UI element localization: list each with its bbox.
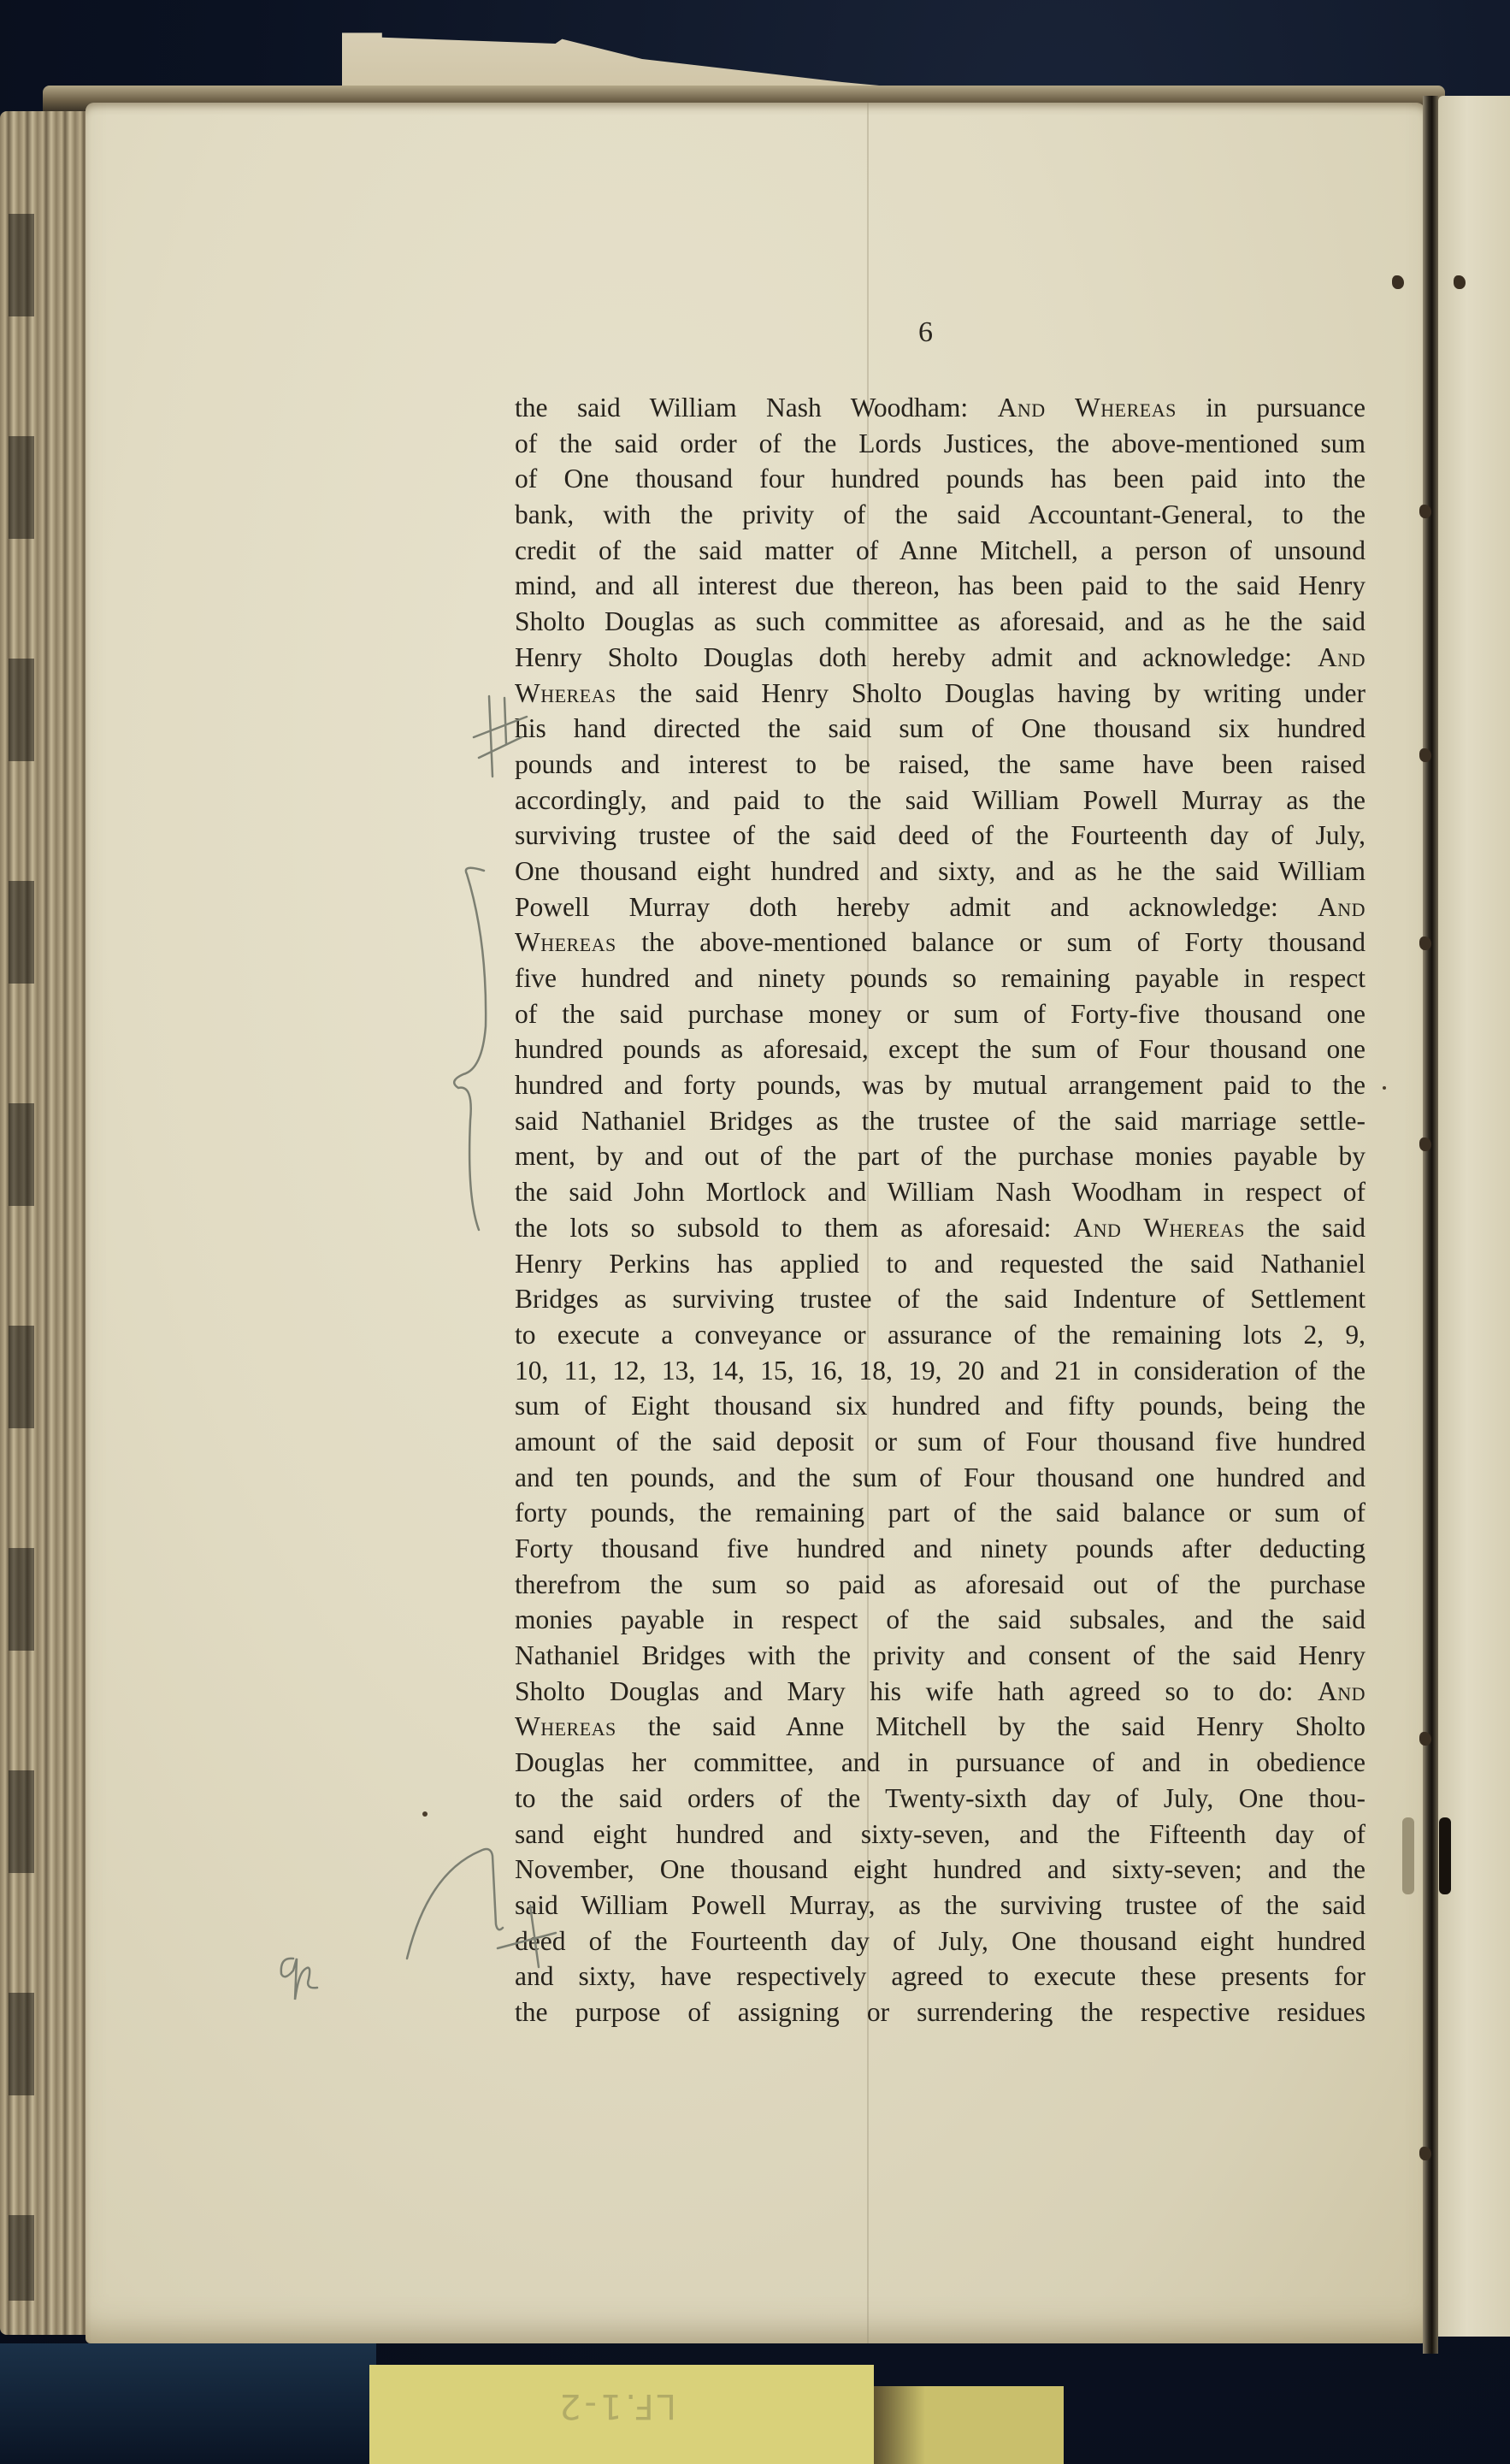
label-shadow bbox=[874, 2386, 925, 2464]
stitch-hole bbox=[1419, 2147, 1431, 2160]
text-line: said William Powell Murray, as the survi… bbox=[515, 1888, 1365, 1923]
text-line: his hand directed the said sum of One th… bbox=[515, 711, 1365, 747]
text-line: the lots so subsold to them as aforesaid… bbox=[515, 1210, 1365, 1246]
text-line: Sholto Douglas as such committee as afor… bbox=[515, 604, 1365, 640]
text-line: forty pounds, the remaining part of the … bbox=[515, 1495, 1365, 1531]
text-line: the said William Nash Woodham: And Where… bbox=[515, 390, 1365, 426]
text-line: credit of the said matter of Anne Mitche… bbox=[515, 533, 1365, 569]
text-line: to execute a conveyance or assurance of … bbox=[515, 1317, 1365, 1353]
text-line: deed of the Fourteenth day of July, One … bbox=[515, 1923, 1365, 1959]
text-line: of One thousand four hundred pounds has … bbox=[515, 461, 1365, 497]
text-line: ment, by and out of the part of the purc… bbox=[515, 1138, 1365, 1174]
text-line: and sixty, have respectively agreed to e… bbox=[515, 1959, 1365, 1994]
text-line: Whereas the said Anne Mitchell by the sa… bbox=[515, 1709, 1365, 1745]
text-line: Whereas the above-mentioned balance or s… bbox=[515, 925, 1365, 960]
text-line: sum of Eight thousand six hundred and fi… bbox=[515, 1388, 1365, 1424]
facing-page-edge bbox=[1438, 96, 1510, 2337]
ink-speck bbox=[1383, 1086, 1386, 1090]
text-line: 10, 11, 12, 13, 14, 15, 16, 18, 19, 20 a… bbox=[515, 1353, 1365, 1389]
text-line: and ten pounds, and the sum of Four thou… bbox=[515, 1460, 1365, 1496]
deed-text-block: the said William Nash Woodham: And Where… bbox=[515, 390, 1365, 2030]
text-line: the said John Mortlock and William Nash … bbox=[515, 1174, 1365, 1210]
text-line: said Nathaniel Bridges as the trustee of… bbox=[515, 1103, 1365, 1139]
stitch-hole bbox=[1419, 937, 1431, 950]
text-line: of the said purchase money or sum of For… bbox=[515, 996, 1365, 1032]
text-line: monies payable in respect of the said su… bbox=[515, 1602, 1365, 1638]
text-line: One thousand eight hundred and sixty, an… bbox=[515, 854, 1365, 889]
stitch-hole bbox=[1419, 505, 1431, 518]
stitch-hole bbox=[1454, 275, 1466, 289]
text-line: the purpose of assigning or surrendering… bbox=[515, 1994, 1365, 2030]
stitch-hole bbox=[1419, 748, 1431, 762]
text-line: hundred pounds as aforesaid, except the … bbox=[515, 1031, 1365, 1067]
label-pencil-text: LF.1-2 bbox=[556, 2386, 676, 2426]
text-line: Forty thousand five hundred and ninety p… bbox=[515, 1531, 1365, 1567]
text-line: therefrom the sum so paid as aforesaid o… bbox=[515, 1567, 1365, 1603]
text-line: mind, and all interest due thereon, has … bbox=[515, 568, 1365, 604]
page-stack-edge bbox=[0, 111, 98, 2335]
stitch-hole bbox=[1419, 1732, 1431, 1746]
text-line: accordingly, and paid to the said Willia… bbox=[515, 783, 1365, 818]
text-line: sand eight hundred and sixty-seven, and … bbox=[515, 1817, 1365, 1852]
stitch-hole bbox=[1392, 275, 1404, 289]
binding-tear bbox=[1402, 1817, 1414, 1894]
text-line: Sholto Douglas and Mary his wife hath ag… bbox=[515, 1674, 1365, 1710]
page-number: 6 bbox=[918, 316, 933, 349]
background-cloth-blue bbox=[0, 2343, 376, 2464]
text-line: Bridges as surviving trustee of the said… bbox=[515, 1281, 1365, 1317]
text-line: amount of the said deposit or sum of Fou… bbox=[515, 1424, 1365, 1460]
text-line: Powell Murray doth hereby admit and ackn… bbox=[515, 889, 1365, 925]
text-line: hundred and forty pounds, was by mutual … bbox=[515, 1067, 1365, 1103]
binding-tear bbox=[1439, 1817, 1451, 1894]
ink-speck bbox=[422, 1811, 428, 1817]
stitch-hole bbox=[1419, 1137, 1431, 1151]
text-line: November, One thousand eight hundred and… bbox=[515, 1852, 1365, 1888]
text-line: Henry Perkins has applied to and request… bbox=[515, 1246, 1365, 1282]
text-line: Whereas the said Henry Sholto Douglas ha… bbox=[515, 676, 1365, 712]
text-line: Nathaniel Bridges with the privity and c… bbox=[515, 1638, 1365, 1674]
text-line: bank, with the privity of the said Accou… bbox=[515, 497, 1365, 533]
text-line: of the said order of the Lords Justices,… bbox=[515, 426, 1365, 462]
binding-gutter bbox=[1423, 96, 1438, 2354]
text-line: Douglas her committee, and in pursuance … bbox=[515, 1745, 1365, 1781]
text-line: pounds and interest to be raised, the sa… bbox=[515, 747, 1365, 783]
text-line: Henry Sholto Douglas doth hereby admit a… bbox=[515, 640, 1365, 676]
text-line: to the said orders of the Twenty-sixth d… bbox=[515, 1781, 1365, 1817]
text-line: five hundred and ninety pounds so remain… bbox=[515, 960, 1365, 996]
text-line: surviving trustee of the said deed of th… bbox=[515, 818, 1365, 854]
